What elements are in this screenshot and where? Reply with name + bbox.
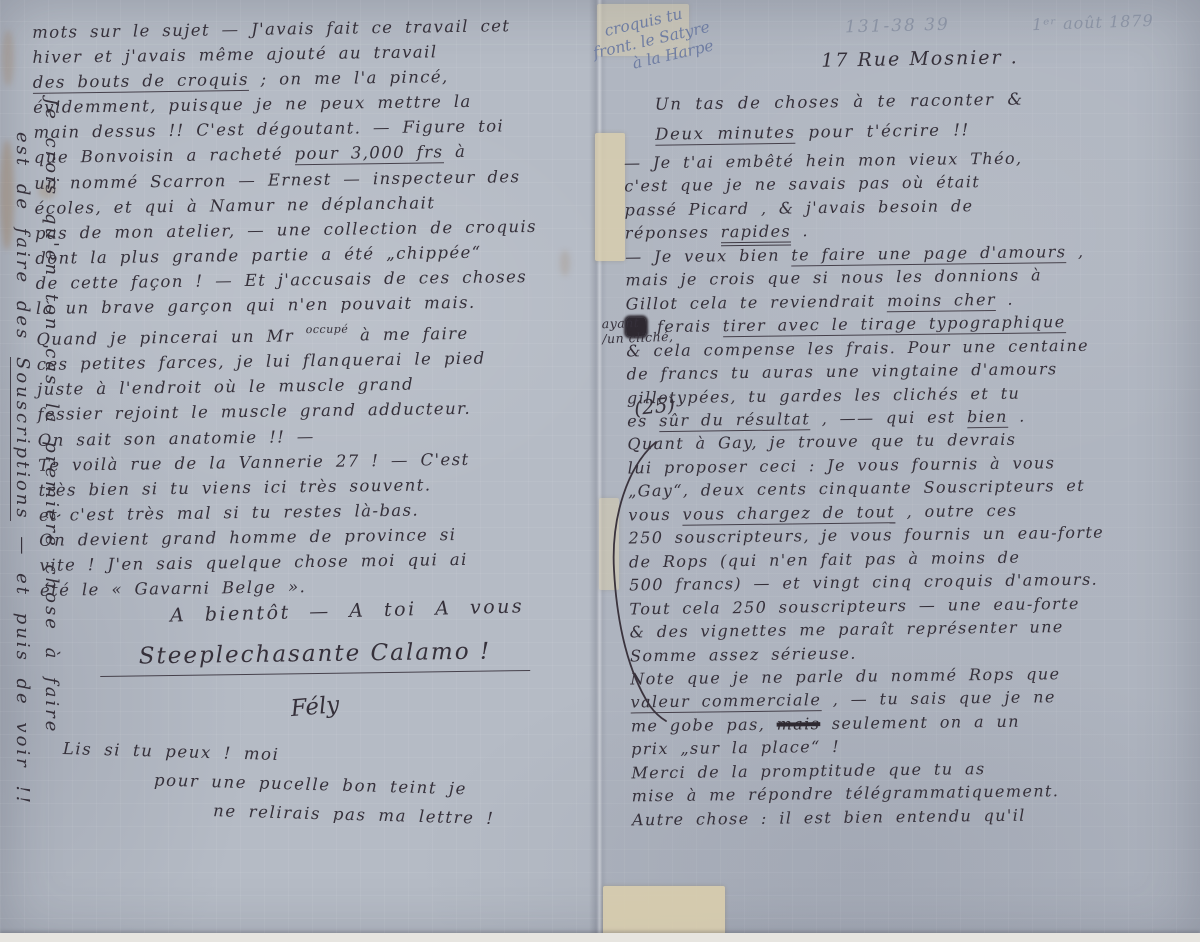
tape-patch <box>603 886 725 936</box>
handwritten-segment: , outre ces <box>895 500 1018 520</box>
handwritten-segment: Quant à Gay, je trouve que tu devrais <box>627 430 1016 454</box>
handwritten-segment: . <box>996 289 1014 308</box>
handwritten-segment: prix „sur la place“ ! <box>631 737 840 759</box>
handwritten-line: /un cliché, <box>602 329 674 346</box>
tape-patch <box>599 498 619 590</box>
handwritten-segment: Autre chose : il est bien entendu qu'il <box>632 805 1026 829</box>
handwritten-segment: c'est que je ne savais pas où était <box>624 173 980 196</box>
handwritten-segment: „Gay“, deux cents cinquante Souscripteur… <box>628 476 1085 501</box>
margin-note-25: (25) <box>633 392 676 420</box>
handwritten-segment: , —— qui est <box>810 407 967 428</box>
pencil-date-annotation: 1ᵉʳ août 1879 <box>1032 11 1154 34</box>
handwritten-segment: et c'est très mal si tu restes là-bas. <box>39 500 419 524</box>
handwritten-segment: mais je crois que si nous les donnions à <box>625 266 1042 290</box>
handwritten-segment: Gillot cela te reviendrait <box>626 291 888 313</box>
handwritten-segment: . <box>1008 407 1026 426</box>
letter-scan: croquis tu front. le Satyre à la Harpe 1… <box>0 0 1200 942</box>
handwritten-segment: évidemment, puisque je ne peux mettre la <box>33 92 472 117</box>
handwritten-segment: me gobe pas, <box>631 715 777 736</box>
handwritten-segment: écoles, et qui à Namur ne déplanchait <box>34 193 435 218</box>
handwritten-segment: Un tas de choses à te raconter & <box>655 90 1024 114</box>
handwritten-segment: seulement on a un <box>820 712 1020 733</box>
handwritten-segment: — et puis de voir !! <box>12 521 33 806</box>
handwritten-segment: fessier rejoint le muscle grand adducteu… <box>37 399 471 424</box>
handwritten-segment: 250 souscripteurs, je vous fournis un ea… <box>628 523 1104 548</box>
handwritten-segment: Souscriptions <box>10 357 33 521</box>
handwritten-segment: de cette façon ! — Et j'accusais de ces … <box>36 267 528 293</box>
handwritten-segment: Te voilà rue de la Vannerie 27 ! — C'est <box>38 449 470 474</box>
motto-line: Steeplechasante Calamo ! <box>100 638 530 677</box>
handwritten-segment: . <box>791 222 809 241</box>
handwritten-segment: pour 3,000 frs <box>294 143 443 166</box>
handwritten-segment: que Bonvoisin a racheté <box>34 145 295 168</box>
handwritten-segment: 500 francs) — et vingt cinq croquis d'am… <box>629 570 1098 595</box>
handwritten-segment: ne relirais pas ma lettre ! <box>213 801 495 828</box>
handwritten-segment: Somme assez sérieuse. <box>630 643 857 665</box>
handwritten-segment: hiver et j'avais même ajouté au travail <box>32 42 437 67</box>
handwritten-segment: vite ! J'en sais quelque chose moi qui a… <box>39 550 467 575</box>
left-page-body-text: mots sur le sujet — J'avais fait ce trav… <box>32 12 600 603</box>
pencil-note-frontispiece: croquis tu front. le Satyre à la Harpe <box>587 0 716 82</box>
handwritten-segment: été le « Gavarni Belge ». <box>40 577 307 600</box>
handwritten-segment: là un brave garçon qui n'en pouvait mais… <box>36 293 476 318</box>
handwritten-segment: mise à me répondre télégrammatiquement. <box>632 781 1060 805</box>
handwritten-segment: mots sur le sujet — J'avais fait ce trav… <box>32 16 510 42</box>
handwritten-segment: est de faire des <box>12 132 33 357</box>
left-margin-vertical-note-line-2: est de faire des Souscriptions — et puis… <box>12 132 33 806</box>
handwritten-segment: & cela compense les frais. Pour une cent… <box>626 335 1089 360</box>
handwritten-segment: Quand je pincerai un Mr <box>36 326 306 349</box>
handwritten-segment: occupé <box>306 323 349 337</box>
handwritten-segment: réponses <box>625 223 721 243</box>
handwritten-segment: main dessus !! C'est dégoutant. — Figure… <box>33 117 504 143</box>
pencil-catalog-number: 131-38 39 <box>845 15 950 38</box>
handwritten-segment: de francs tu auras une vingtaine d'amour… <box>626 359 1057 383</box>
handwritten-segment: — Je t'ai embêté hein mon vieux Théo, <box>624 149 1023 173</box>
handwritten-line: Deux minutes pour t'écrire !! <box>655 112 1185 149</box>
handwritten-segment: très bien si tu viens ici très souvent. <box>38 475 431 499</box>
handwritten-segment: On sait son anatomie !! — <box>38 427 315 450</box>
handwritten-segment: bien <box>967 407 1008 428</box>
right-page-opening: Un tas de choses à te raconter &Deux min… <box>655 82 1186 149</box>
handwritten-segment: Tout cela 250 souscripteurs — une eau-fo… <box>629 594 1080 619</box>
handwritten-segment: lui proposer ceci : Je vous fournis à vo… <box>628 453 1056 477</box>
handwritten-segment: de Rops (qui n'en fait pas à moins de <box>629 547 1021 571</box>
right-page-body-text: — Je t'ai embêté hein mon vieux Théo,c'e… <box>624 145 1198 832</box>
handwritten-segment: /un cliché, <box>602 329 674 346</box>
handwritten-segment: — Je veux bien <box>625 245 791 266</box>
handwritten-segment: moins cher <box>887 290 996 312</box>
handwritten-segment: sûr du résultat <box>659 409 810 432</box>
postscript: Lis si tu peux ! moipour une pucelle bon… <box>61 734 497 833</box>
handwritten-segment: mais <box>777 714 821 734</box>
handwritten-segment: & des vignettes me paraît représenter un… <box>630 617 1064 641</box>
scanner-edge-strip <box>0 933 1200 942</box>
handwritten-segment: ; on me l'a pincé, <box>249 67 449 89</box>
handwritten-segment: des bouts de croquis <box>33 70 249 94</box>
handwritten-segment: dont la plus grande partie a été „chippé… <box>35 243 482 268</box>
handwritten-segment: pour une pucelle bon teint je <box>154 771 468 799</box>
handwritten-segment: On devient grand homme de province si <box>39 525 456 550</box>
handwritten-segment: Merci de la promptitude que tu as <box>631 759 985 782</box>
address-heading: 17 Rue Mosnier . <box>770 45 1070 72</box>
handwritten-segment: pas de mon atelier, — une collection de … <box>35 217 537 243</box>
handwritten-segment: à <box>443 142 466 161</box>
handwritten-segment: un nommé Scarron — Ernest — inspecteur d… <box>34 167 520 193</box>
handwritten-segment: valeur commerciale <box>630 691 821 714</box>
handwritten-segment: te faire une page d'amours <box>791 242 1066 266</box>
handwritten-segment: pour t'écrire !! <box>796 120 970 141</box>
handwritten-line: est de faire des Souscriptions — et puis… <box>12 132 33 806</box>
handwritten-segment: Lis si tu peux ! moi <box>63 739 280 764</box>
handwritten-segment: ayant <box>601 315 639 331</box>
handwritten-segment: vous chargez de tout <box>682 502 895 526</box>
tape-patch <box>595 133 625 261</box>
signature: Fély <box>254 689 376 725</box>
handwritten-segment: ces petites farces, je lui flanquerai le… <box>37 349 486 374</box>
handwritten-segment: Note que je ne parle du nommé Rops que <box>630 664 1060 688</box>
handwritten-segment: , — tu sais que je ne <box>821 688 1056 710</box>
handwritten-segment: juste à l'endroit où le muscle grand <box>37 375 414 399</box>
handwritten-segment: gillotypées, tu gardes les clichés et tu <box>627 383 1021 407</box>
margin-insertion-note: ayant/un cliché, <box>601 314 673 346</box>
handwritten-segment: passé Picard , & j'avais besoin de <box>624 196 973 219</box>
handwritten-segment: vous <box>628 505 683 525</box>
handwritten-segment: Deux minutes <box>655 123 796 146</box>
handwritten-segment: tirer avec le tirage typographique <box>723 312 1066 337</box>
handwritten-segment: , <box>1066 242 1084 261</box>
stain-mark <box>2 30 14 86</box>
handwritten-segment: à me faire <box>348 324 469 345</box>
